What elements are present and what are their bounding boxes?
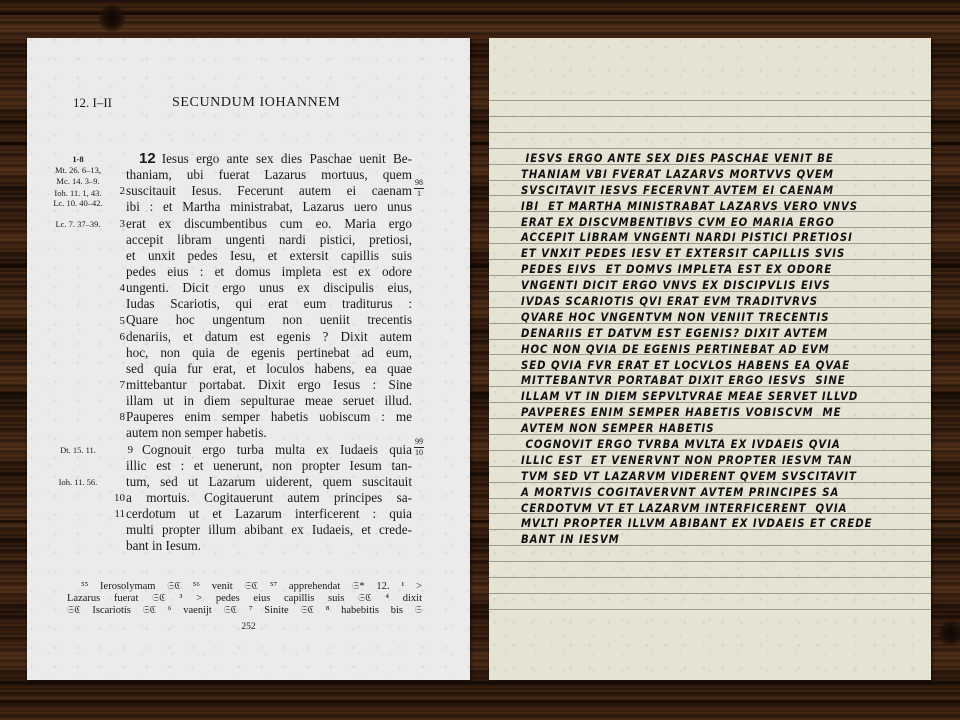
margin-reference: Mc. 14. 3–9.	[47, 176, 109, 186]
wood-knot	[98, 4, 126, 32]
latin-text-body: 12Iesus ergo ante sex dies Paschae uenit…	[112, 151, 412, 555]
section-mark-bottom: 10	[413, 449, 425, 457]
printed-book-page: 12. I–II SECUNDUM IOHANNEM 1-8Mt. 26. 6–…	[27, 38, 470, 680]
uncial-transcription: IESVS ERGO ANTE SEX DIES PASCHAE VENIT B…	[521, 151, 873, 548]
text-line: accepit libram ungenti nardi pistici, pr…	[112, 232, 412, 248]
transcription-line: IVDAS SCARIOTIS QVI ERAT EVM TRADITVRVS	[521, 294, 873, 310]
ruled-line	[489, 593, 931, 594]
apparatus-line: ⁵⁵ Ierosolymam 𝔖ℭ ⁵⁶ venit 𝔖ℭ ⁵⁷ apprehe…	[67, 581, 422, 593]
page-number: 252	[27, 622, 470, 632]
transcription-line: ACCEPIT LIBRAM VNGENTI NARDI PISTICI PRE…	[521, 230, 873, 246]
margin-reference: Ioh. 11. 56.	[47, 477, 109, 487]
transcription-line: AVTEM NON SEMPER HABETIS	[521, 421, 873, 437]
ruled-line	[489, 116, 931, 117]
margin-reference: Ioh. 11. 1, 43.	[47, 188, 109, 198]
transcription-line: PEDES EIVS ET DOMVS IMPLETA EST EX ODORE	[521, 262, 873, 278]
transcription-line: QVARE HOC VNGENTVM NON VENIIT TRECENTIS	[521, 310, 873, 326]
text-line: et unxit pedes Iesu, et extersit capilli…	[112, 248, 412, 264]
ruled-line	[489, 609, 931, 610]
text-line: bant in Iesum.	[112, 538, 412, 554]
apparatus-line: Lazarus fuerat 𝔖ℭ ³ > pedes eius capilli…	[67, 593, 422, 605]
critical-apparatus: ⁵⁵ Ierosolymam 𝔖ℭ ⁵⁶ venit 𝔖ℭ ⁵⁷ apprehe…	[67, 581, 422, 617]
transcription-line: IESVS ERGO ANTE SEX DIES PASCHAE VENIT B…	[521, 151, 873, 167]
ruled-line	[489, 132, 931, 133]
transcription-line: TVM SED VT LAZARVM VIDERENT QVEM SVSCITA…	[521, 469, 873, 485]
ruled-line	[489, 577, 931, 578]
text-line: suscitauit Iesus. Fecerunt autem ei caen…	[112, 183, 412, 199]
text-line: autem non semper habetis.	[112, 425, 412, 441]
book-title: SECUNDUM IOHANNEM	[172, 95, 340, 111]
section-mark: 9910	[413, 438, 425, 457]
margin-reference: Lc. 7. 37–39.	[47, 219, 109, 229]
transcription-line: BANT IN IESVM	[521, 532, 873, 548]
transcription-line: COGNOVIT ERGO TVRBA MVLTA EX IVDAEIS QVI…	[521, 437, 873, 453]
text-line: a mortuis. Cogitauerunt autem principes …	[112, 490, 412, 506]
chapter-verse-range: 12. I–II	[73, 95, 112, 111]
text-line: Quare hoc ungentum non ueniit trecentis	[112, 312, 412, 328]
text-line: tum, sed ut Lazarum uiderent, quem susci…	[112, 474, 412, 490]
transcription-page: IESVS ERGO ANTE SEX DIES PASCHAE VENIT B…	[489, 38, 931, 680]
section-mark-top: 99	[413, 438, 425, 446]
text-line: thaniam, ubi fuerat Lazarus mortuus, que…	[112, 167, 412, 183]
margin-reference: Mt. 26. 6–13,	[47, 165, 109, 175]
text-line: illic est : et uenerunt, non propter Ies…	[112, 458, 412, 474]
ruled-line	[489, 148, 931, 149]
transcription-line: THANIAM VBI FVERAT LAZARVS MORTVVS QVEM	[521, 167, 873, 183]
section-mark-top: 98	[413, 179, 425, 187]
ruled-line	[489, 100, 931, 101]
text-line: denariis, et datum est egenis ? Dixit au…	[112, 329, 412, 345]
text-line: illam ut in diem sepulturae meae seruet …	[112, 393, 412, 409]
text-line: sed quia fur erat, et loculos habens, ea…	[112, 361, 412, 377]
transcription-line: MITTEBANTVR PORTABAT DIXIT ERGO IESVS SI…	[521, 373, 873, 389]
margin-reference: 1-8	[47, 154, 109, 164]
transcription-line: MVLTI PROPTER ILLVM ABIBANT EX IVDAEIS E…	[521, 516, 873, 532]
transcription-line: IBI ET MARTHA MINISTRABAT LAZARVS VERO V…	[521, 199, 873, 215]
text-line: mittebantur portabat. Dixit ergo Iesus :…	[112, 377, 412, 393]
transcription-line: ERAT EX DISCVMBENTIBVS CVM EO MARIA ERGO	[521, 215, 873, 231]
running-head: 12. I–II SECUNDUM IOHANNEM	[27, 95, 470, 115]
section-mark: 981	[413, 179, 425, 198]
transcription-line: ILLIC EST ET VENERVNT NON PROPTER IESVM …	[521, 453, 873, 469]
text-line: ibi : et Martha ministrabat, Lazarus uer…	[112, 199, 412, 215]
text-line: multi propter illum abibant ex Iudaeis, …	[112, 522, 412, 538]
section-mark-bottom: 1	[413, 190, 425, 198]
transcription-line: VNGENTI DICIT ERGO VNVS EX DISCIPVLIS EI…	[521, 278, 873, 294]
transcription-line: A MORTVIS COGITAVERVNT AVTEM PRINCIPES S…	[521, 485, 873, 501]
text-line: Cognouit ergo turba multa ex Iudaeis qui…	[112, 442, 412, 458]
text-line: Iudas Scariotis, qui erat eum traditurus…	[112, 296, 412, 312]
ruled-line	[489, 561, 931, 562]
text-line: cerdotum ut et Lazarum interficerent : q…	[112, 506, 412, 522]
margin-reference: Lc. 10. 40–42.	[47, 198, 109, 208]
apparatus-line: 𝔖ℭ Iscariotis 𝔖ℭ ⁶ vaenijt 𝔖ℭ ⁷ Sinite 𝔖…	[67, 605, 422, 617]
transcription-line: ILLAM VT IN DIEM SEPVLTVRAE MEAE SERVET …	[521, 389, 873, 405]
text-line: Pauperes enim semper habetis uobiscum : …	[112, 409, 412, 425]
transcription-line: SED QVIA FVR ERAT ET LOCVLOS HABENS EA Q…	[521, 358, 873, 374]
transcription-line: CERDOTVM VT ET LAZARVM INTERFICERENT QVI…	[521, 501, 873, 517]
wood-knot	[938, 620, 960, 646]
transcription-line: DENARIIS ET DATVM EST EGENIS? DIXIT AVTE…	[521, 326, 873, 342]
plank-gap	[0, 700, 960, 703]
text-line: erat ex discumbentibus cum eo. Maria erg…	[112, 216, 412, 232]
transcription-line: ET VNXIT PEDES IESV ET EXTERSIT CAPILLIS…	[521, 246, 873, 262]
transcription-line: PAVPERES ENIM SEMPER HABETIS VOBISCVM ME	[521, 405, 873, 421]
text-line: pedes eius : et domus impleta est ex odo…	[112, 264, 412, 280]
chapter-number: 12	[139, 150, 156, 167]
text-line: hoc, non quia de egenis pertinebat ad eu…	[112, 345, 412, 361]
text-line: ungenti. Dicit ergo unus ex discipulis e…	[112, 280, 412, 296]
text-line: 12Iesus ergo ante sex dies Paschae uenit…	[112, 151, 412, 167]
plank-gap	[0, 12, 960, 15]
transcription-line: HOC NON QVIA DE EGENIS PERTINEBAT AD EVM	[521, 342, 873, 358]
margin-reference: Dt. 15. 11.	[47, 445, 109, 455]
transcription-line: SVSCITAVIT IESVS FECERVNT AVTEM EI CAENA…	[521, 183, 873, 199]
